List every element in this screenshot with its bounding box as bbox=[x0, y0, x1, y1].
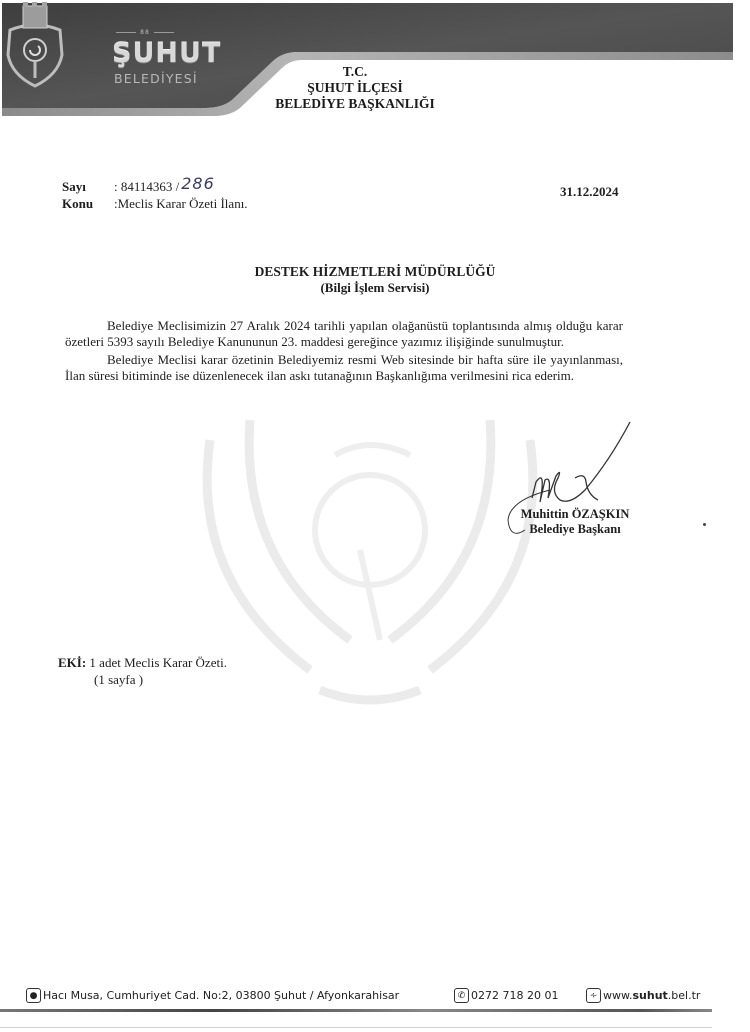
phone-icon: ✆ bbox=[454, 988, 469, 1003]
attachment-label: EKİ: bbox=[58, 655, 86, 670]
rss-icon: ∻ bbox=[586, 988, 601, 1003]
sayi-value: : 84114363 / bbox=[114, 178, 179, 195]
web-suffix: .bel.tr bbox=[668, 989, 701, 1002]
web-prefix: www. bbox=[603, 989, 632, 1002]
address-text: Hacı Musa, Cumhuriyet Cad. No:2, 03800 Ş… bbox=[43, 989, 399, 1002]
document-meta: Sayı : 84114363 / 286 Konu :Meclis Karar… bbox=[62, 178, 248, 212]
sayi-row: Sayı : 84114363 / 286 bbox=[62, 178, 248, 195]
footer-phone: ✆ 0272 718 20 01 bbox=[454, 988, 558, 1003]
phone-text: 0272 718 20 01 bbox=[471, 989, 558, 1002]
sayi-handwritten-number: 286 bbox=[181, 175, 215, 192]
body-paragraph: Belediye Meclisi karar özetinin Belediye… bbox=[65, 352, 623, 383]
org-line: T.C. bbox=[255, 64, 455, 80]
konu-value: :Meclis Karar Özeti İlanı. bbox=[114, 195, 248, 212]
letter-body: Belediye Meclisimizin 27 Aralık 2024 tar… bbox=[65, 318, 623, 386]
footer-website[interactable]: ∻ www.suhut.bel.tr bbox=[586, 988, 700, 1003]
signer-title: Belediye Başkanı bbox=[490, 522, 660, 537]
letterhead-banner: 88 ŞUHUT BELEDİYESİ T.C. ŞUHUT İLÇESİ BE… bbox=[0, 0, 750, 118]
signer-name: Muhittin ÖZAŞKIN bbox=[490, 507, 660, 522]
recipient-subtitle: (Bilgi İşlem Servisi) bbox=[150, 280, 600, 296]
sayi-label: Sayı bbox=[62, 178, 114, 195]
logo-subtitle: BELEDİYESİ bbox=[114, 71, 198, 86]
konu-label: Konu bbox=[62, 195, 114, 212]
logo-year: 88 bbox=[110, 29, 180, 36]
org-line: ŞUHUT İLÇESİ bbox=[255, 80, 455, 96]
attachment-pages: (1 sayfa ) bbox=[58, 671, 227, 688]
attachment-block: EKİ: 1 adet Meclis Karar Özeti. (1 sayfa… bbox=[58, 654, 227, 688]
org-title: T.C. ŞUHUT İLÇESİ BELEDİYE BAŞKANLIĞI bbox=[255, 64, 455, 112]
konu-row: Konu :Meclis Karar Özeti İlanı. bbox=[62, 195, 248, 212]
scan-speck bbox=[703, 523, 706, 526]
letterhead-footer: ● Hacı Musa, Cumhuriyet Cad. No:2, 03800… bbox=[0, 985, 750, 1032]
recipient-title: DESTEK HİZMETLERİ MÜDÜRLÜĞÜ bbox=[150, 264, 600, 280]
document-date: 31.12.2024 bbox=[560, 184, 619, 200]
logo-name: ŞUHUT bbox=[112, 38, 221, 69]
footer-divider bbox=[0, 1009, 712, 1012]
web-domain: suhut bbox=[632, 989, 667, 1002]
body-paragraph: Belediye Meclisimizin 27 Aralık 2024 tar… bbox=[65, 318, 623, 349]
recipient-block: DESTEK HİZMETLERİ MÜDÜRLÜĞÜ (Bilgi İşlem… bbox=[150, 264, 600, 296]
attachment-item: 1 adet Meclis Karar Özeti. bbox=[89, 655, 227, 670]
footer-address: ● Hacı Musa, Cumhuriyet Cad. No:2, 03800… bbox=[26, 988, 399, 1003]
signer-block: Muhittin ÖZAŞKIN Belediye Başkanı bbox=[490, 507, 660, 537]
municipal-crest-icon bbox=[0, 0, 70, 88]
footer-thin-divider bbox=[0, 1027, 712, 1028]
location-pin-icon: ● bbox=[26, 988, 41, 1003]
org-line: BELEDİYE BAŞKANLIĞI bbox=[255, 96, 455, 112]
